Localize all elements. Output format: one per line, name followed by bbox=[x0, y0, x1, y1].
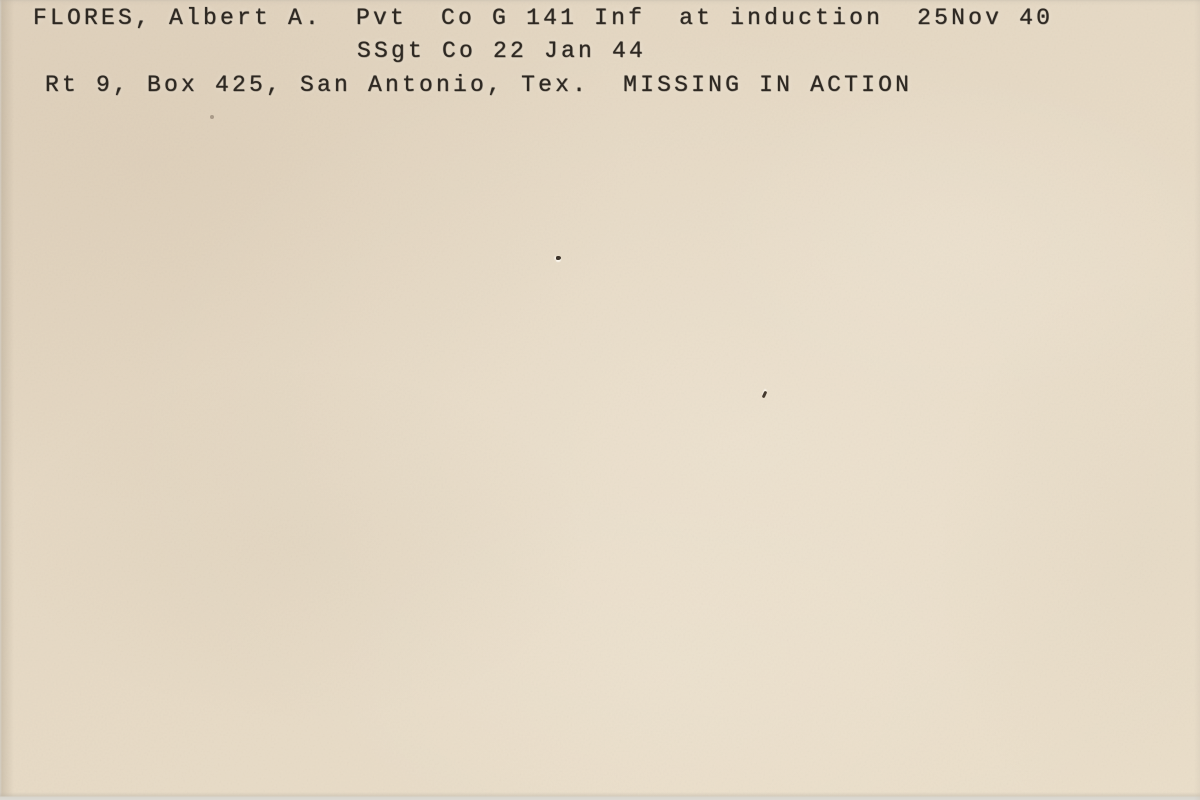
typed-line-service-member: FLORES, Albert A. Pvt Co G 141 Inf at in… bbox=[33, 4, 1053, 32]
ink-speck bbox=[762, 391, 768, 399]
scan-edge-right bbox=[1194, 0, 1200, 800]
paper-mottle-texture bbox=[0, 0, 1200, 800]
scan-edge-bottom bbox=[0, 792, 1200, 800]
scan-edge-left bbox=[0, 0, 14, 800]
index-card-scan: FLORES, Albert A. Pvt Co G 141 Inf at in… bbox=[0, 0, 1200, 800]
paper-grain-texture bbox=[0, 0, 1200, 800]
ink-speck bbox=[556, 256, 561, 260]
typed-line-promotion: SSgt Co 22 Jan 44 bbox=[357, 37, 646, 65]
typed-line-address-status: Rt 9, Box 425, San Antonio, Tex. MISSING… bbox=[45, 71, 912, 99]
paper-speck bbox=[210, 115, 214, 119]
